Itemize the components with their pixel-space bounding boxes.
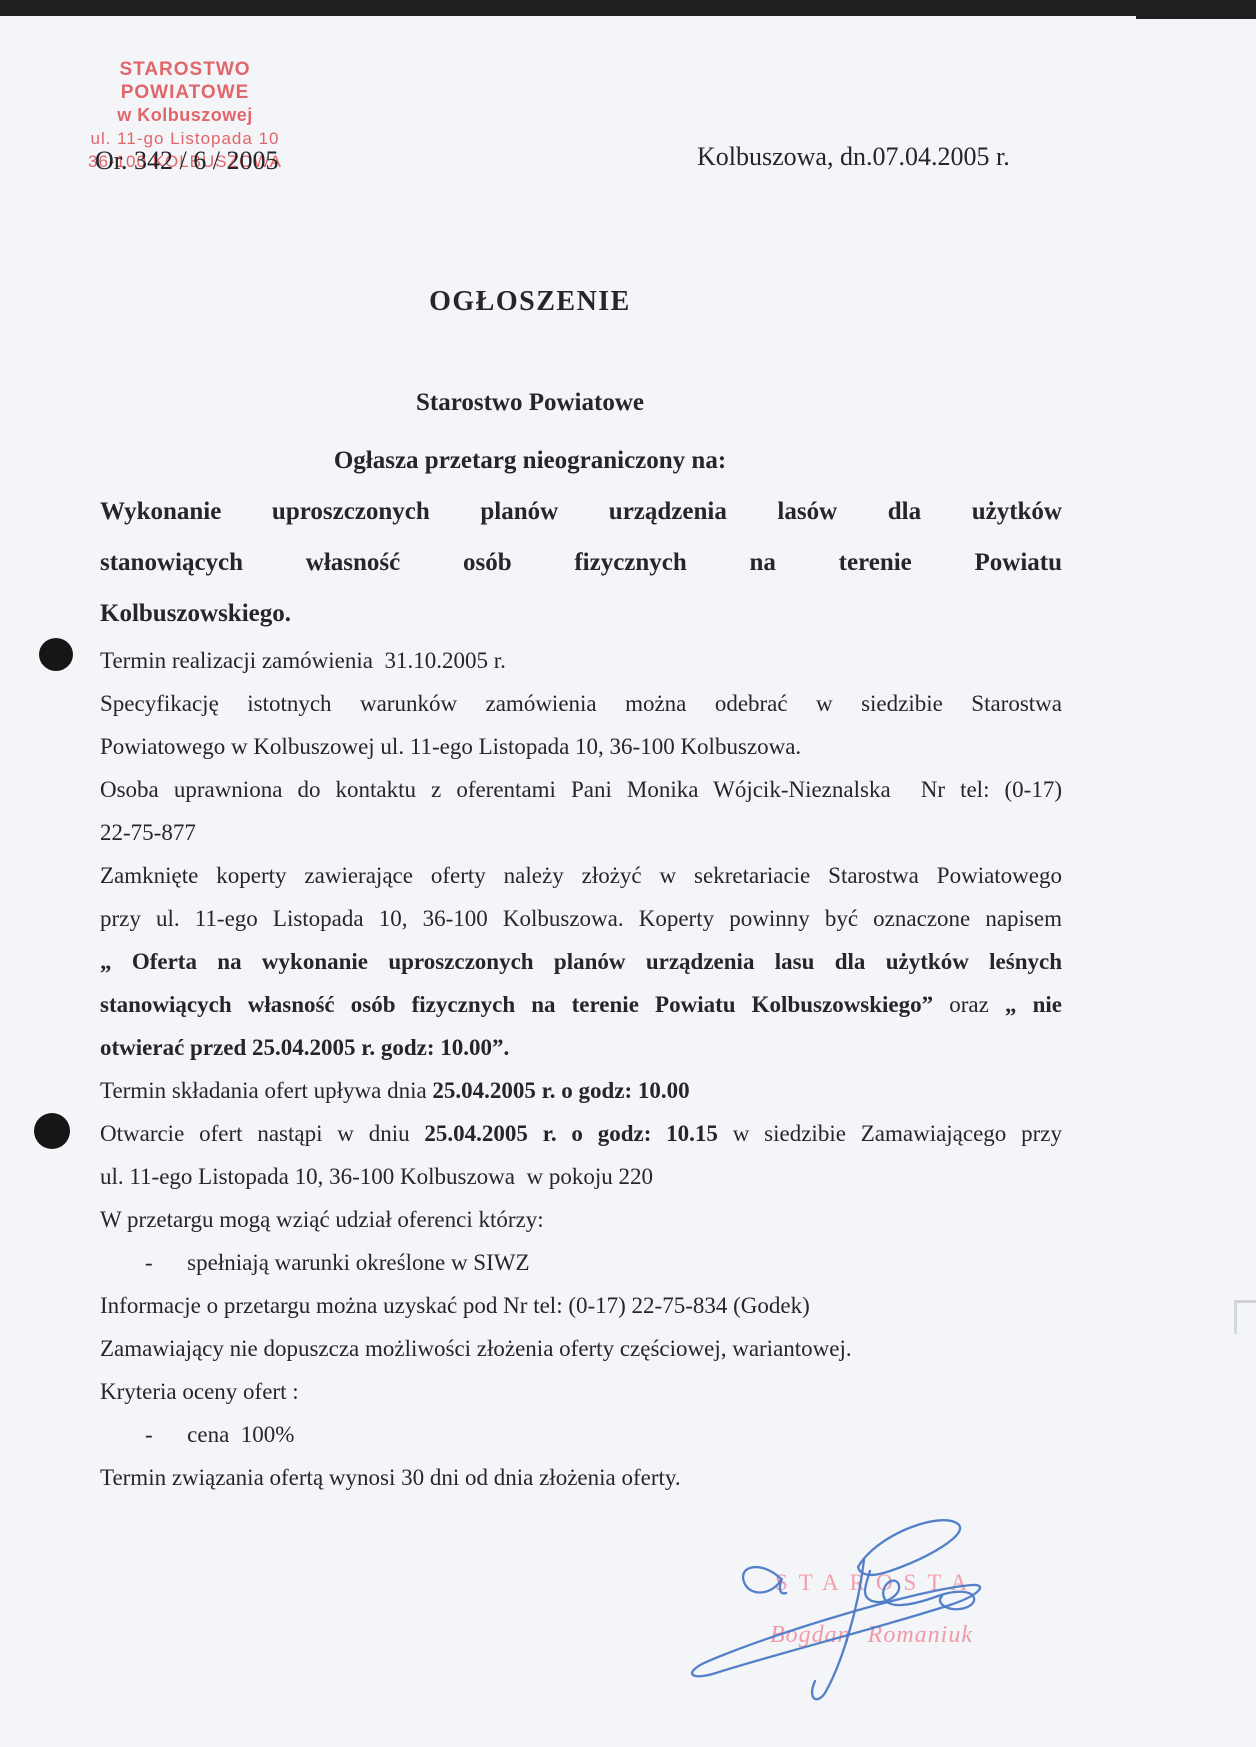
body-line: Zamknięte koperty zawierające oferty nal… <box>100 854 1062 897</box>
body-line: - cena 100% <box>100 1413 1062 1456</box>
body-text-segment: oraz <box>933 992 1005 1017</box>
body-line: 22-75-877 <box>100 811 1062 854</box>
body-line: stanowiących własność osób fizycznych na… <box>100 537 1062 588</box>
handwritten-signature <box>620 1505 1020 1725</box>
body-text-segment: W przetargu mogą wziąć udział oferenci k… <box>100 1207 544 1232</box>
subtitle-organization: Starostwo Powiatowe <box>0 389 1060 417</box>
body-line: Kryteria oceny ofert : <box>100 1370 1062 1413</box>
body-text-segment: Otwarcie ofert nastąpi w dniu <box>100 1121 424 1146</box>
body-text-segment: Wykonanie uproszczonych planów urządzeni… <box>100 498 1062 525</box>
body-line: W przetargu mogą wziąć udział oferenci k… <box>100 1198 1062 1241</box>
body-line: Wykonanie uproszczonych planów urządzeni… <box>100 486 1062 537</box>
stamp-line-office: STAROSTWO POWIATOWE <box>55 58 315 104</box>
body-line: „ Oferta na wykonanie uproszczonych plan… <box>100 940 1062 983</box>
scan-artifact-mark <box>1234 1300 1256 1334</box>
body-text-segment: Osoba uprawniona do kontaktu z oferentam… <box>100 777 1062 802</box>
body-line: Osoba uprawniona do kontaktu z oferentam… <box>100 768 1062 811</box>
hole-punch-mark <box>39 638 73 671</box>
body-line: Powiatowego w Kolbuszowej ul. 11-ego Lis… <box>100 725 1062 768</box>
scan-edge-artifact <box>1136 0 1256 19</box>
body-line: Termin realizacji zamówienia 31.10.2005 … <box>100 639 1062 682</box>
document-body: Wykonanie uproszczonych planów urządzeni… <box>100 486 1062 1499</box>
body-line: Termin związania ofertą wynosi 30 dni od… <box>100 1456 1062 1499</box>
body-text-segment: „ Oferta na wykonanie uproszczonych plan… <box>100 949 1062 974</box>
body-text-segment: przy ul. 11-ego Listopada 10, 36-100 Kol… <box>100 906 1062 931</box>
body-text-segment: ul. 11-ego Listopada 10, 36-100 Kolbuszo… <box>100 1164 653 1189</box>
body-text-segment: 22-75-877 <box>100 820 196 845</box>
body-text-segment: w siedzibie Zamawiającego przy <box>718 1121 1062 1146</box>
body-text-segment: Termin składania ofert upływa dnia <box>100 1078 432 1103</box>
body-text-segment: Kryteria oceny ofert : <box>100 1379 299 1404</box>
body-text-segment: Specyfikację istotnych warunków zamówien… <box>100 691 1062 716</box>
document-title: OGŁOSZENIE <box>0 286 1060 318</box>
body-text-segment: Powiatowego w Kolbuszowej ul. 11-ego Lis… <box>100 734 801 759</box>
hole-punch-mark <box>34 1113 70 1149</box>
subtitle-announcement: Ogłasza przetarg nieograniczony na: <box>0 447 1060 475</box>
body-line: Specyfikację istotnych warunków zamówien… <box>100 682 1062 725</box>
body-line: Termin składania ofert upływa dnia 25.04… <box>100 1069 1062 1112</box>
body-text-segment: otwierać przed 25.04.2005 r. godz: 10.00… <box>100 1035 509 1060</box>
body-line: Kolbuszowskiego. <box>100 588 1062 639</box>
body-text-segment: stanowiących własność osób fizycznych na… <box>100 549 1062 576</box>
body-text-segment: 25.04.2005 r. o godz: 10.15 <box>424 1121 718 1146</box>
scan-edge-artifact <box>0 0 1256 16</box>
stamp-line-city: w Kolbuszowej <box>55 104 315 127</box>
body-text-segment: 25.04.2005 r. o godz: 10.00 <box>432 1078 689 1103</box>
body-line: - spełniają warunki określone w SIWZ <box>100 1241 1062 1284</box>
body-text-segment: - cena 100% <box>145 1422 294 1447</box>
body-line: Zamawiający nie dopuszcza możliwości zło… <box>100 1327 1062 1370</box>
body-text-segment: Termin realizacji zamówienia 31.10.2005 … <box>100 648 506 673</box>
body-line: ul. 11-ego Listopada 10, 36-100 Kolbuszo… <box>100 1155 1062 1198</box>
body-text-segment: „ nie <box>1005 992 1062 1017</box>
body-text-segment: Zamawiający nie dopuszcza możliwości zło… <box>100 1336 852 1361</box>
body-text-segment: Informacje o przetargu można uzyskać pod… <box>100 1293 810 1318</box>
body-line: Otwarcie ofert nastąpi w dniu 25.04.2005… <box>100 1112 1062 1155</box>
body-text-segment: Kolbuszowskiego. <box>100 600 291 627</box>
body-line: otwierać przed 25.04.2005 r. godz: 10.00… <box>100 1026 1062 1069</box>
place-and-date: Kolbuszowa, dn.07.04.2005 r. <box>697 142 1010 172</box>
reference-number: Or. 342 / 6 / 2005 <box>95 146 278 176</box>
body-line: Informacje o przetargu można uzyskać pod… <box>100 1284 1062 1327</box>
body-text-segment: Termin związania ofertą wynosi 30 dni od… <box>100 1465 681 1490</box>
body-line: przy ul. 11-ego Listopada 10, 36-100 Kol… <box>100 897 1062 940</box>
scanned-document-page: STAROSTWO POWIATOWE w Kolbuszowej ul. 11… <box>0 0 1256 1747</box>
body-text-segment: - spełniają warunki określone w SIWZ <box>145 1250 530 1275</box>
body-line: stanowiących własność osób fizycznych na… <box>100 983 1062 1026</box>
body-text-segment: Zamknięte koperty zawierające oferty nal… <box>100 863 1062 888</box>
body-text-segment: stanowiących własność osób fizycznych na… <box>100 992 933 1017</box>
